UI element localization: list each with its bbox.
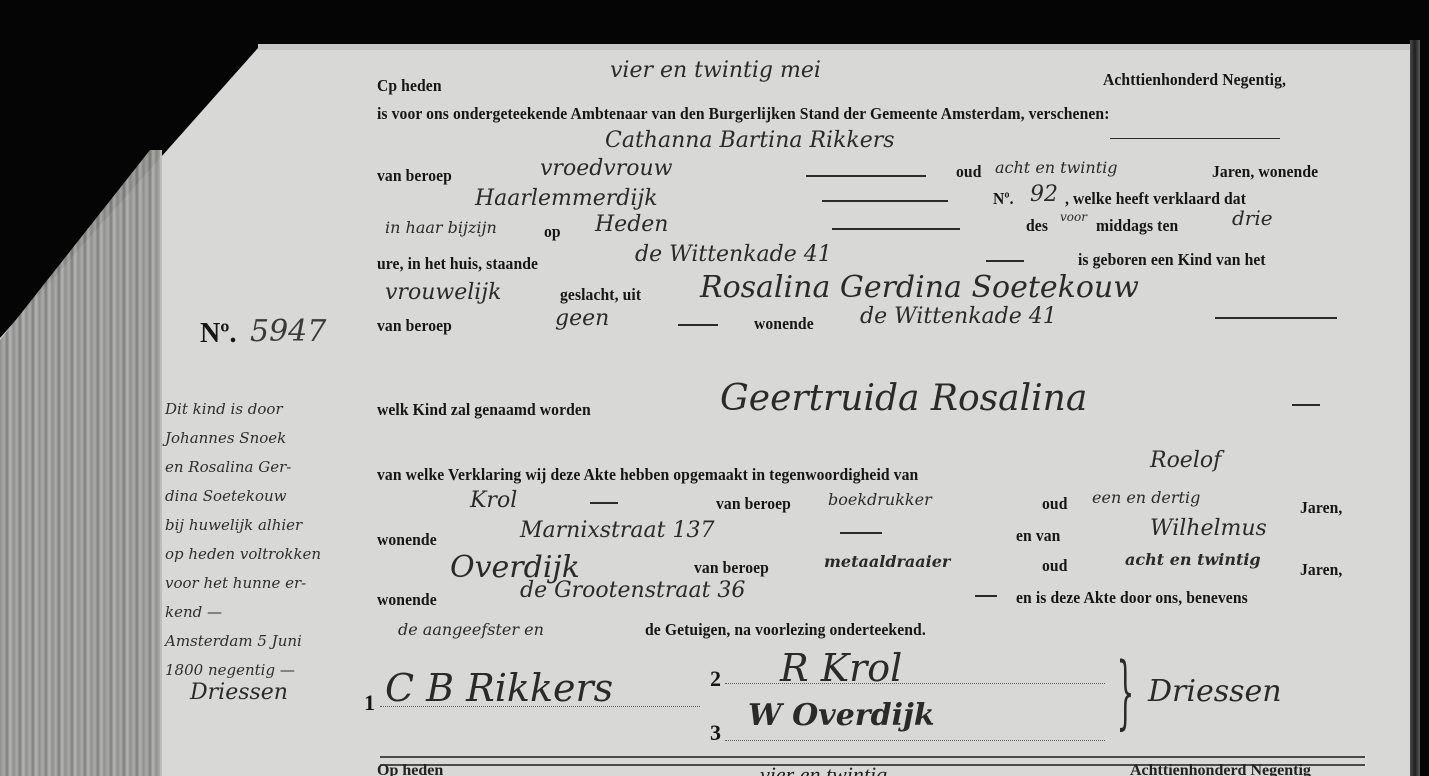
printed-wonende-w1: wonende — [377, 530, 437, 550]
fill-line — [832, 228, 960, 230]
signature-number-3: 3 — [710, 720, 721, 746]
paper-top-edge — [258, 44, 1410, 50]
handwritten-declarant-occupation: vroedvrouw — [540, 156, 672, 181]
handwritten-witness1-age: een en dertig — [1092, 488, 1200, 507]
margin-official-signature: Driessen — [190, 680, 288, 705]
printed-verklaard: , welke heeft verklaard dat — [1065, 189, 1246, 209]
handwritten-mother-name: Rosalina Gerdina Soetekouw — [700, 270, 1139, 305]
handwritten-witness2-residence: de Grootenstraat 36 — [520, 578, 745, 603]
margin-note-line: kend — — [165, 598, 385, 627]
margin-note-line: Johannes Snoek — [165, 424, 385, 453]
printed-no: Nº. — [993, 189, 1014, 209]
printed-jaren-w1: Jaren, — [1300, 498, 1342, 518]
printed-van-beroep: van beroep — [377, 166, 452, 186]
signature-number-1: 1 — [364, 690, 375, 716]
binding-edge — [1410, 40, 1420, 776]
scanned-register-page: Cp heden vier en twintig mei Achttienhon… — [0, 0, 1429, 776]
handwritten-mother-occupation: geen — [555, 306, 609, 331]
margin-note-line: op heden voltrokken — [165, 540, 385, 569]
next-record-date: vier en twintig — [760, 762, 887, 776]
printed-op: op — [544, 222, 561, 242]
fill-line — [822, 200, 948, 202]
printed-onderteekend: de Getuigen, na voorlezing onderteekend. — [645, 620, 926, 640]
margin-note-line: en Rosalina Ger- — [165, 453, 385, 482]
handwritten-witness2-age: acht en twintig — [1125, 550, 1261, 569]
printed-middags-ten: middags ten — [1096, 216, 1178, 236]
printed-des: des — [1026, 216, 1048, 236]
fill-line — [986, 260, 1024, 262]
handwritten-witness1-first: Roelof — [1150, 448, 1221, 473]
printed-wonende: wonende — [754, 314, 814, 334]
fill-line — [678, 324, 718, 326]
signature-witness-2: W Overdijk — [748, 698, 935, 733]
printed-oud: oud — [956, 162, 982, 182]
next-record-year: Achttienhonderd Negentig — [1130, 762, 1311, 776]
handwritten-date: vier en twintig mei — [610, 58, 821, 83]
printed-jaren-w2: Jaren, — [1300, 560, 1342, 580]
margin-note-line: Amsterdam 5 Juni — [165, 627, 385, 656]
margin-note-line: voor het hunne er- — [165, 569, 385, 598]
printed-year: Achttienhonderd Negentig, — [1103, 70, 1286, 90]
handwritten-birth-day: Heden — [595, 212, 668, 237]
handwritten-child-sex: vrouwelijk — [385, 280, 501, 305]
printed-intro: is voor ons ondergeteekende Ambtenaar va… — [377, 104, 1110, 124]
signature-brace: } — [1117, 652, 1135, 732]
printed-van-beroep-mother: van beroep — [377, 316, 452, 336]
printed-van-beroep-w2: van beroep — [694, 558, 769, 578]
fill-line — [975, 595, 997, 597]
next-record-op-heden: Op heden — [377, 762, 443, 776]
handwritten-declarant-note: de aangeefster en — [398, 620, 544, 639]
fill-line — [1215, 317, 1337, 319]
fill-line — [1292, 404, 1320, 406]
fill-line — [1110, 138, 1280, 139]
handwritten-child-name: Geertruida Rosalina — [720, 378, 1087, 419]
handwritten-time-prefix: voor — [1060, 210, 1087, 224]
handwritten-declarant-age: acht en twintig — [995, 158, 1118, 177]
stacked-page-edges — [0, 150, 160, 776]
akte-number-label: Nº. — [200, 318, 236, 350]
printed-geboren-kind: is geboren een Kind van het — [1078, 250, 1266, 270]
printed-van-beroep-w1: van beroep — [716, 494, 791, 514]
printed-en-van: en van — [1016, 526, 1060, 546]
margin-annotation: Dit kind is door Johannes Snoek en Rosal… — [165, 395, 385, 685]
handwritten-declarant-name: Cathanna Bartina Rikkers — [605, 128, 895, 153]
printed-oud-w2: oud — [1042, 556, 1068, 576]
signature-declarant: C B Rikkers — [385, 666, 613, 710]
printed-kind-genaamd: welk Kind zal genaamd worden — [377, 400, 591, 420]
handwritten-birth-house: de Wittenkade 41 — [635, 242, 832, 267]
fill-line — [806, 175, 926, 177]
printed-oud-w1: oud — [1042, 494, 1068, 514]
fill-line — [840, 532, 882, 534]
handwritten-house-number: 92 — [1030, 182, 1058, 207]
handwritten-presence-note: in haar bijzijn — [385, 218, 497, 237]
akte-number: 5947 — [250, 314, 326, 349]
printed-op-heden: Cp heden — [377, 76, 442, 96]
margin-note-line: dina Soetekouw — [165, 482, 385, 511]
handwritten-witness1-last: Krol — [470, 488, 517, 513]
signature-line-3 — [725, 740, 1105, 741]
margin-note-line: Dit kind is door — [165, 395, 385, 424]
handwritten-witness2-first: Wilhelmus — [1150, 516, 1267, 541]
fill-line — [590, 502, 618, 504]
handwritten-declarant-street: Haarlemmerdijk — [475, 186, 658, 211]
signature-line-1 — [380, 706, 700, 707]
margin-line — [160, 150, 162, 776]
handwritten-witness2-occupation: metaaldraaier — [824, 552, 950, 571]
handwritten-witness1-residence: Marnixstraat 137 — [520, 518, 714, 543]
handwritten-mother-residence: de Wittenkade 41 — [860, 304, 1057, 329]
signature-number-2: 2 — [710, 666, 721, 692]
printed-ure-huis: ure, in het huis, staande — [377, 254, 538, 274]
printed-jaren-wonende: Jaren, wonende — [1212, 162, 1318, 182]
signature-line-2 — [725, 683, 1105, 684]
handwritten-witness1-occupation: boekdrukker — [828, 490, 932, 509]
margin-note-line: bij huwelijk alhier — [165, 511, 385, 540]
handwritten-birth-hour: drie — [1232, 206, 1273, 230]
official-signature: Driessen — [1148, 674, 1282, 709]
printed-verklaring: van welke Verklaring wij deze Akte hebbe… — [377, 465, 918, 485]
printed-geslacht-uit: geslacht, uit — [560, 285, 641, 305]
printed-akte-door-ons: en is deze Akte door ons, benevens — [1016, 588, 1248, 608]
printed-wonende-w2: wonende — [377, 590, 437, 610]
